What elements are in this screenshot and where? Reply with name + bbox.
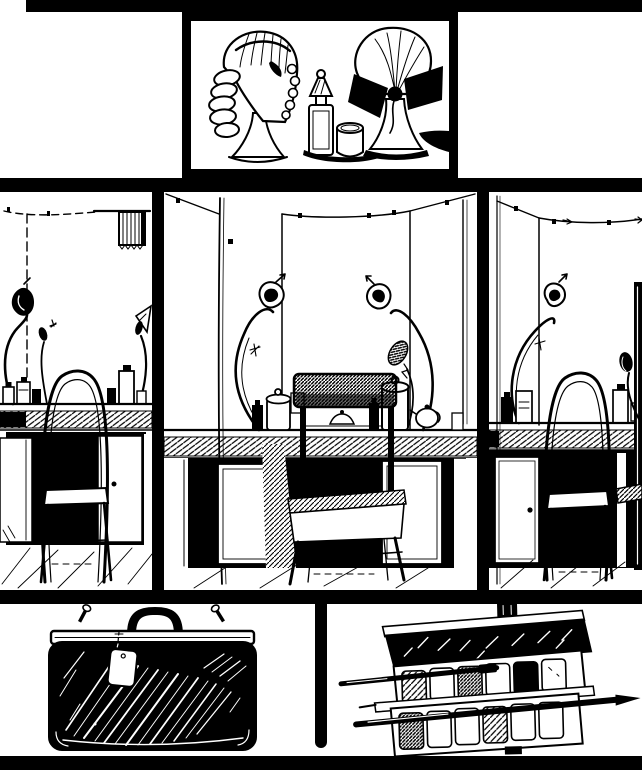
frame-top-bar <box>26 0 642 12</box>
makeup-bottles-left <box>3 377 41 404</box>
wig-curl-rolls <box>208 68 241 138</box>
round-jar <box>337 123 363 157</box>
hinge-tab <box>497 604 517 617</box>
bottom-tab <box>505 746 522 754</box>
frame-divider-1 <box>0 178 642 192</box>
wigs-drawing <box>191 21 449 169</box>
latch-key-right <box>210 604 227 624</box>
cubicle-separator-left <box>152 192 164 590</box>
panel-top-left-blank <box>0 12 182 178</box>
briefcase-body <box>49 642 256 750</box>
floor <box>194 566 428 588</box>
palette-drawing <box>327 604 642 756</box>
gooseneck-lamp-right <box>134 306 151 404</box>
cubicle-separator-right <box>477 192 489 590</box>
frame-bottom-bar <box>0 756 642 770</box>
cubicle-left-drawing <box>0 192 152 590</box>
counter <box>489 423 642 450</box>
hanging-towel <box>94 211 150 249</box>
counter <box>0 404 152 430</box>
panel-cubicle-left <box>0 192 152 590</box>
scent-bottle <box>309 70 333 155</box>
counter <box>164 430 477 458</box>
door-knob <box>112 482 117 487</box>
cubicle-centre-drawing <box>164 192 477 590</box>
panel-top-right-blank <box>458 12 642 178</box>
bottom-separator <box>315 604 327 748</box>
briefcase-drawing <box>0 604 315 756</box>
latch-key-left <box>76 604 92 624</box>
illustration-page <box>0 0 642 770</box>
makeup-bottles <box>501 384 640 423</box>
frame-divider-2 <box>0 590 642 604</box>
panel-palette <box>327 604 642 756</box>
door-knob <box>527 507 532 512</box>
cubicle-right-drawing <box>489 192 642 590</box>
bow-knot <box>388 87 403 102</box>
panel-wigs <box>182 12 458 178</box>
panel-cubicle-centre <box>164 192 477 590</box>
panel-case <box>0 604 315 756</box>
curled-wig <box>208 32 299 162</box>
panel-cubicle-right <box>489 192 642 590</box>
makeup-bottles-right <box>107 365 146 404</box>
